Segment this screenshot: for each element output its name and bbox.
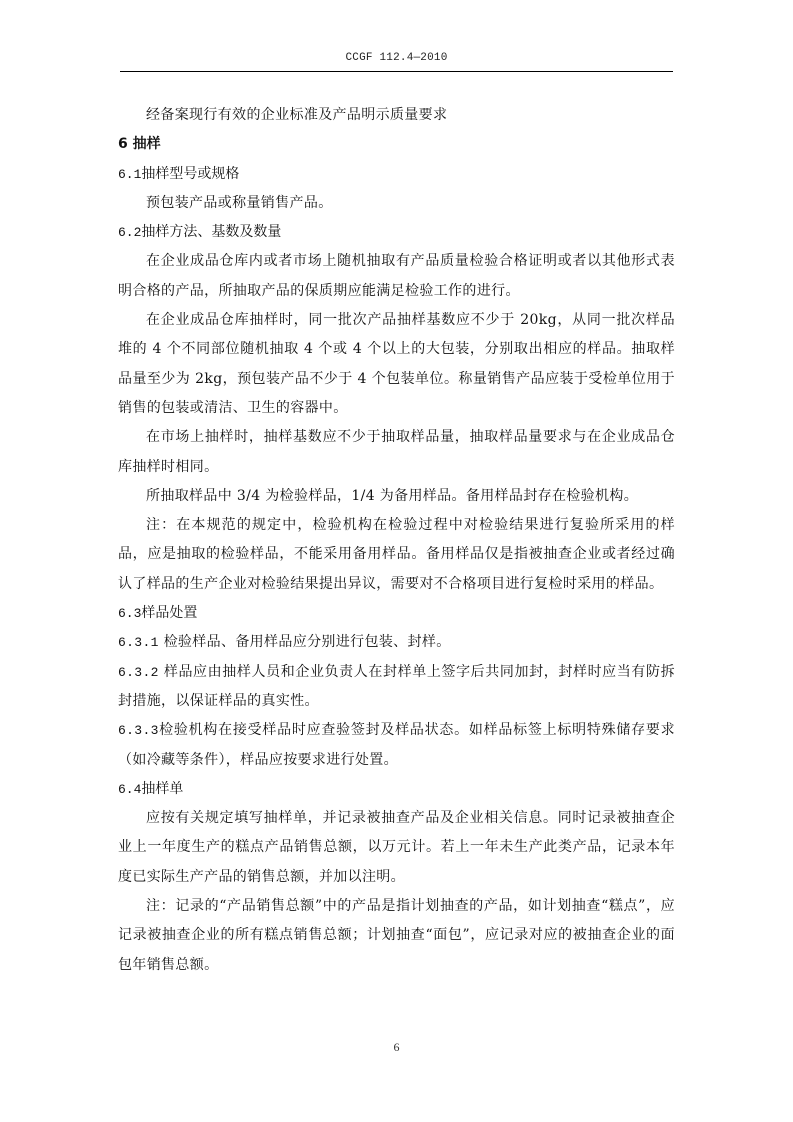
clause-number: 6.3.2 (118, 665, 159, 680)
subsection-number: 6.2 (118, 225, 141, 240)
subsection-6-1-heading: 6.1抽样型号或规格 (118, 160, 675, 189)
subsection-6-2-heading: 6.2抽样方法、基数及数量 (118, 218, 675, 247)
note-paragraph: 注：在本规范的规定中，检验机构在检验过程中对检验结果进行复验所采用的样品，应是抽… (118, 511, 675, 599)
section-title: 抽样 (133, 136, 161, 152)
clause-6-3-3: 6.3.3检验机构在接受样品时应查验签封及样品状态。如样品标签上标明特殊储存要求… (118, 716, 675, 775)
note-paragraph: 注：记录的“产品销售总额”中的产品是指计划抽查的产品，如计划抽查“糕点”，应记录… (118, 892, 675, 980)
document-code-header: CCGF 112.4—2010 (120, 52, 673, 64)
paragraph: 应按有关规定填写抽样单，并记录被抽查产品及企业相关信息。同时记录被抽查企业上一年… (118, 804, 675, 892)
clause-6-3-1: 6.3.1 检验样品、备用样品应分别进行包装、封样。 (118, 628, 675, 657)
clause-text: 检验机构在接受样品时应查验签封及样品状态。如样品标签上标明特殊储存要求（如冷藏等… (118, 722, 675, 767)
subsection-6-1-text: 预包装产品或称量销售产品。 (118, 189, 675, 218)
clause-number: 6.3.1 (118, 635, 159, 650)
subsection-6-4-heading: 6.4抽样单 (118, 775, 675, 804)
subsection-title: 抽样方法、基数及数量 (141, 224, 281, 240)
paragraph: 在企业成品仓库内或者市场上随机抽取有产品质量检验合格证明或者以其他形式表明合格的… (118, 247, 675, 306)
clause-text: 样品应由抽样人员和企业负责人在封样单上签字后共同加封，封样时应当有防拆封措施，以… (118, 664, 675, 709)
section-6-heading: 6 抽样 (118, 130, 675, 159)
header-divider (120, 71, 673, 72)
paragraph: 在企业成品仓库抽样时，同一批次产品抽样基数应不少于 20kg，从同一批次样品堆的… (118, 306, 675, 423)
paragraph: 在市场上抽样时，抽样基数应不少于抽取样品量，抽取样品量要求与在企业成品仓库抽样时… (118, 423, 675, 482)
clause-6-3-2: 6.3.2 样品应由抽样人员和企业负责人在封样单上签字后共同加封，封样时应当有防… (118, 658, 675, 717)
page-body: 经备案现行有效的企业标准及产品明示质量要求 6 抽样 6.1抽样型号或规格 预包… (118, 101, 675, 980)
subsection-title: 样品处置 (141, 605, 197, 621)
subsection-6-3-heading: 6.3样品处置 (118, 599, 675, 628)
paragraph: 所抽取样品中 3/4 为检验样品，1/4 为备用样品。备用样品封存在检验机构。 (118, 482, 675, 511)
intro-requirement-line: 经备案现行有效的企业标准及产品明示质量要求 (118, 101, 675, 130)
clause-number: 6.3.3 (118, 723, 159, 738)
subsection-title: 抽样型号或规格 (141, 166, 239, 182)
subsection-number: 6.1 (118, 167, 141, 182)
section-number: 6 (118, 136, 128, 152)
subsection-number: 6.3 (118, 606, 141, 621)
page-number: 6 (0, 1040, 793, 1055)
subsection-number: 6.4 (118, 782, 141, 797)
subsection-title: 抽样单 (141, 781, 183, 797)
clause-text: 检验样品、备用样品应分别进行包装、封样。 (164, 634, 451, 650)
